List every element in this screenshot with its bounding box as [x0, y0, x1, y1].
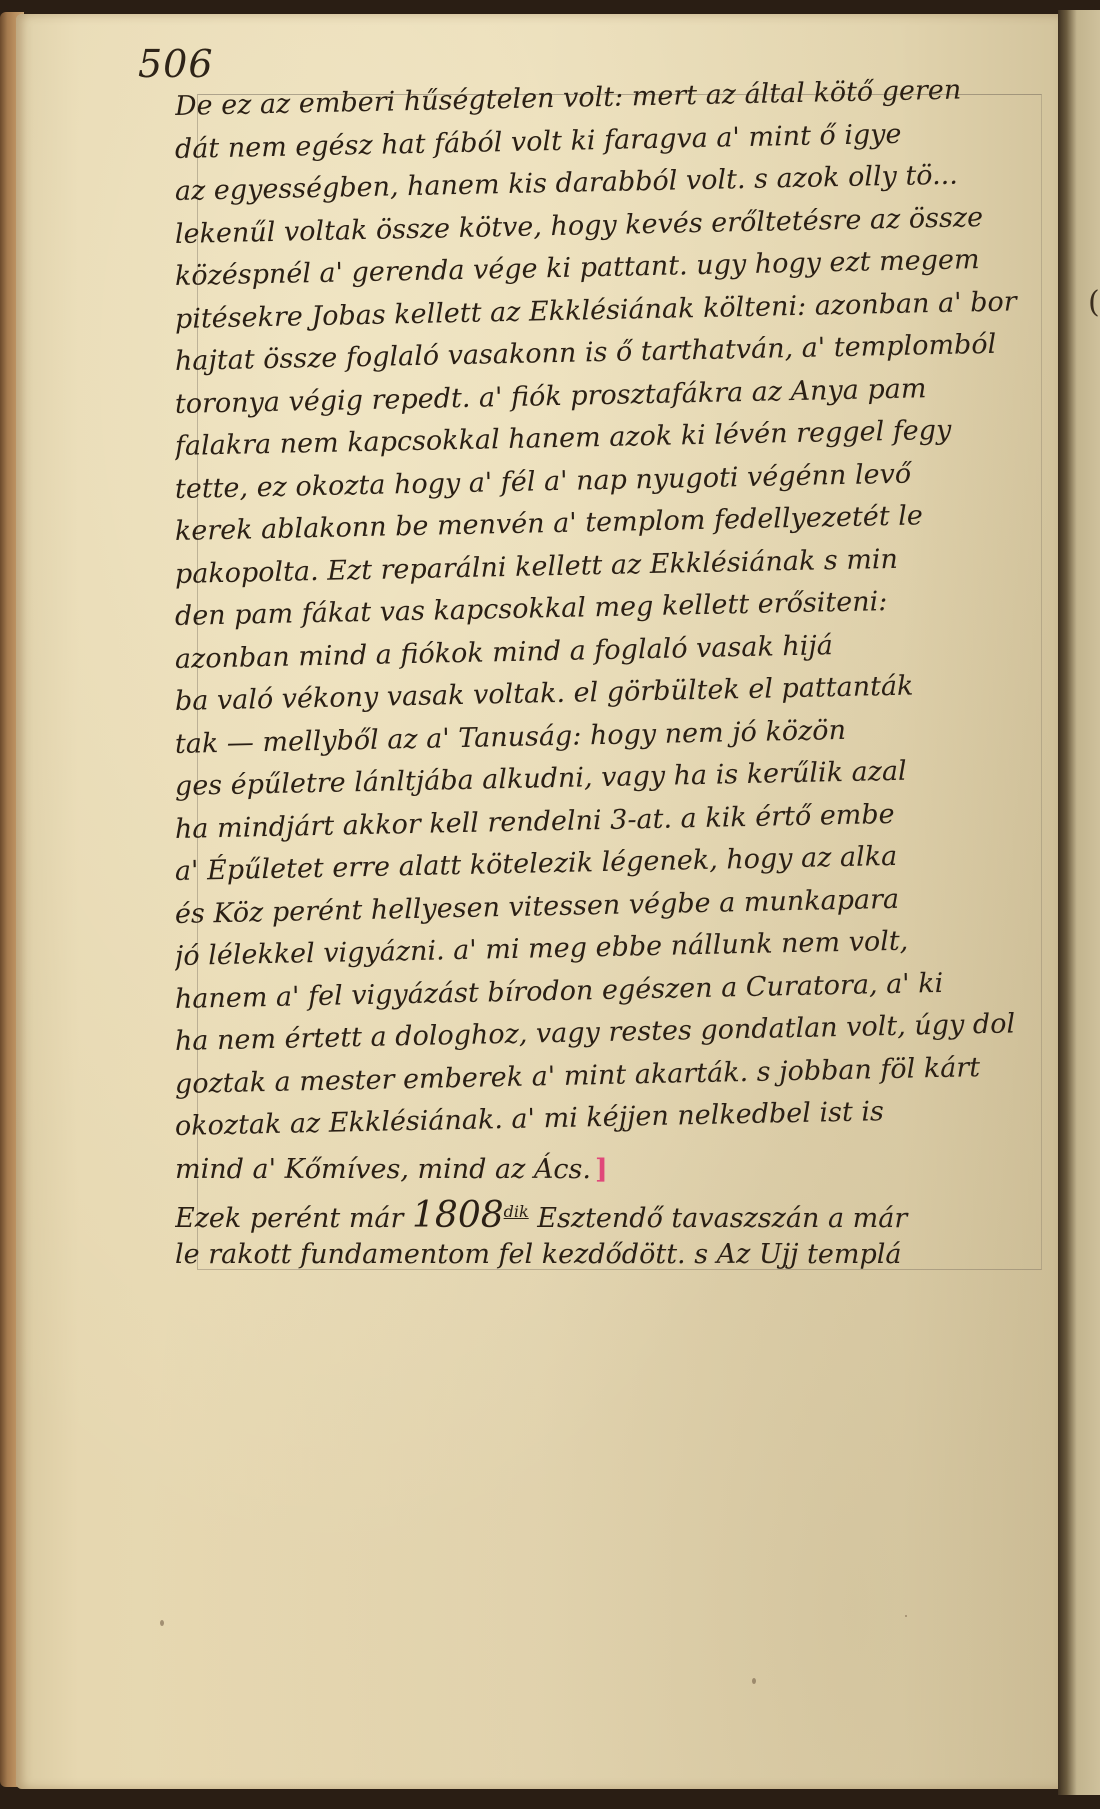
book-scan: ( 506 De ez az emberi hűségtelen volt: m…	[0, 0, 1100, 1809]
facing-page-mark: (	[1088, 285, 1100, 320]
year-1808: 1808	[412, 1195, 504, 1234]
editorial-bracket-mark: ]	[591, 1154, 608, 1185]
manuscript-line: mind a' Kőmíves, mind az Ács.]	[175, 1149, 1055, 1192]
manuscript-line: le rakott fundamentom fel kezdődött. s A…	[175, 1234, 1055, 1277]
paper-speck	[752, 1678, 756, 1684]
manuscript-line-text: mind a' Kőmíves, mind az Ács.	[175, 1154, 591, 1185]
manuscript-text: De ez az emberi hűségtelen volt: mert az…	[175, 86, 1055, 1276]
page-number: 506	[138, 42, 214, 86]
book-gutter	[1058, 10, 1100, 1795]
manuscript-line: Ezek perént már 1808dik Esztendő tavaszs…	[175, 1191, 1055, 1234]
manuscript-line-text: Ezek perént már	[175, 1203, 412, 1234]
year-suffix: dik	[504, 1202, 529, 1221]
paper-speck	[905, 1615, 907, 1617]
manuscript-line-text: Esztendő tavaszszán a már	[529, 1203, 908, 1234]
paper-speck	[160, 1620, 164, 1626]
